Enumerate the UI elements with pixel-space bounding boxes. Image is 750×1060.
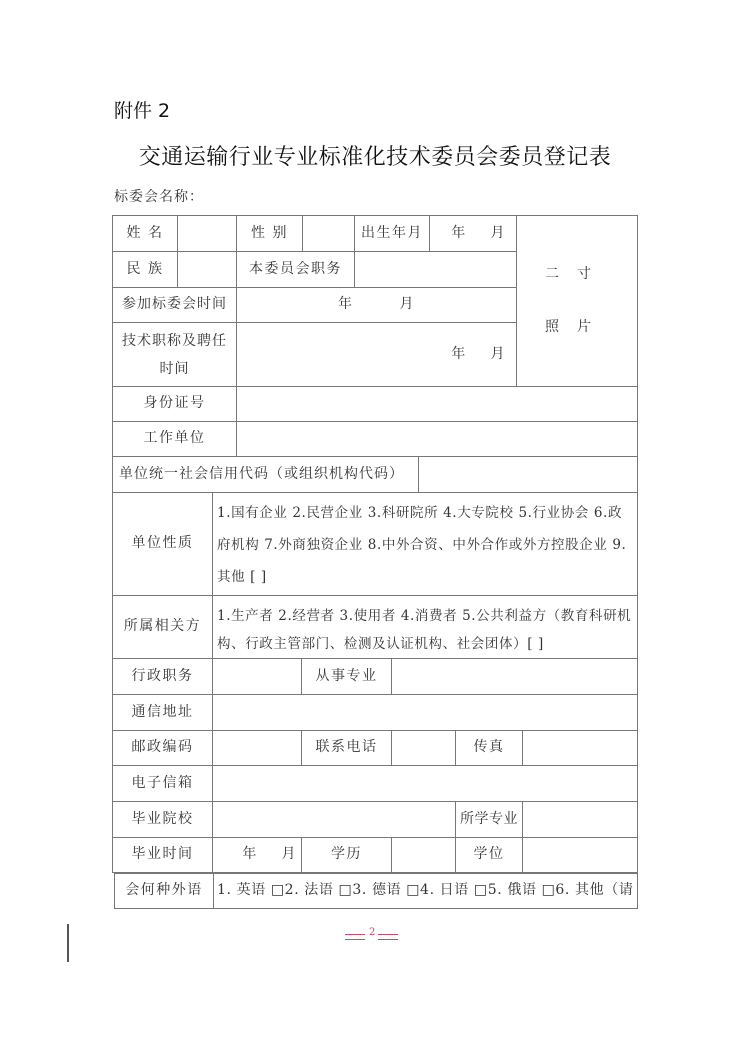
birth-label: 出生年月 <box>354 215 430 252</box>
committee-role-label: 本委员会职务 <box>236 251 355 288</box>
name-label: 姓 名 <box>112 215 178 252</box>
unit-nature-options[interactable]: 1.国有企业 2.民营企业 3.科研院所 4.大专院校 5.行业协会 6.政府机… <box>212 492 638 596</box>
language-options[interactable]: 1. 英语 □2. 法语 □3. 德语 □4. 日语 □5. 俄语 □6. 其他… <box>213 873 638 909</box>
tech-title-label: 技术职称及聘任 时间 <box>112 322 237 387</box>
degree-label: 学位 <box>455 837 523 873</box>
education-field[interactable] <box>391 837 456 873</box>
join-year-text: 年 <box>338 292 354 317</box>
page-number: 2 <box>345 930 405 944</box>
ethnicity-field[interactable] <box>177 251 237 288</box>
admin-post-label: 行政职务 <box>112 658 213 695</box>
photo-size-text: 二寸 <box>545 262 609 287</box>
tech-title-label-line2: 时间 <box>160 355 190 383</box>
photo-text: 照片 <box>545 315 609 340</box>
employer-label: 工作单位 <box>112 421 237 457</box>
join-time-field[interactable]: 年 月 <box>236 287 517 323</box>
tech-title-label-line1: 技术职称及聘任 <box>122 327 227 355</box>
grad-time-label: 毕业时间 <box>112 837 213 873</box>
education-label: 学历 <box>301 837 392 873</box>
margin-bar <box>67 924 69 962</box>
name-field[interactable] <box>177 215 237 252</box>
form-title: 交通运输行业专业标准化技术委员会委员登记表 <box>0 140 750 171</box>
email-label: 电子信箱 <box>112 765 213 802</box>
page-number-dash-left <box>345 934 365 940</box>
email-field[interactable] <box>212 765 638 802</box>
employer-field[interactable] <box>236 421 638 457</box>
specialty-field[interactable] <box>391 658 638 695</box>
attachment-label: 附件 2 <box>114 96 170 123</box>
gender-label: 性 别 <box>236 215 303 252</box>
language-label: 会何种外语 <box>114 873 214 909</box>
credit-code-label: 单位统一社会信用代码（或组织机构代码） <box>112 456 419 493</box>
postcode-field[interactable] <box>212 730 302 766</box>
school-field[interactable] <box>212 801 456 838</box>
address-label: 通信地址 <box>112 694 213 731</box>
committee-role-field[interactable] <box>354 251 517 288</box>
school-label: 毕业院校 <box>112 801 213 838</box>
id-number-label: 身份证号 <box>112 386 237 422</box>
unit-nature-label: 单位性质 <box>112 492 213 596</box>
major-field[interactable] <box>522 801 638 838</box>
phone-label: 联系电话 <box>301 730 392 766</box>
page-number-dash-right <box>378 934 398 940</box>
fax-field[interactable] <box>522 730 638 766</box>
join-time-label: 参加标委会时间 <box>112 287 237 323</box>
ethnicity-label: 民 族 <box>112 251 178 288</box>
page-number-text: 2 <box>369 927 375 938</box>
degree-field[interactable] <box>522 837 638 873</box>
postcode-label: 邮政编码 <box>112 730 213 766</box>
committee-name-label: 标委会名称： <box>114 186 204 206</box>
tech-title-field[interactable]: 年 月 <box>236 322 517 387</box>
stakeholder-label: 所属相关方 <box>112 595 213 659</box>
credit-code-field[interactable] <box>418 456 638 493</box>
major-label: 所学专业 <box>455 801 523 838</box>
fax-label: 传真 <box>455 730 523 766</box>
id-number-field[interactable] <box>236 386 638 422</box>
address-field[interactable] <box>212 694 638 731</box>
gender-field[interactable] <box>302 215 355 252</box>
birth-field[interactable]: 年 月 <box>429 215 517 252</box>
photo-box[interactable]: 二寸 照片 <box>516 215 638 387</box>
phone-field[interactable] <box>391 730 456 766</box>
join-month-text: 月 <box>400 292 416 317</box>
grad-time-field[interactable]: 年 月 <box>212 837 302 873</box>
stakeholder-options[interactable]: 1.生产者 2.经营者 3.使用者 4.消费者 5.公共利益方（教育科研机构、行… <box>212 595 638 659</box>
admin-post-field[interactable] <box>212 658 302 695</box>
specialty-label: 从事专业 <box>301 658 392 695</box>
